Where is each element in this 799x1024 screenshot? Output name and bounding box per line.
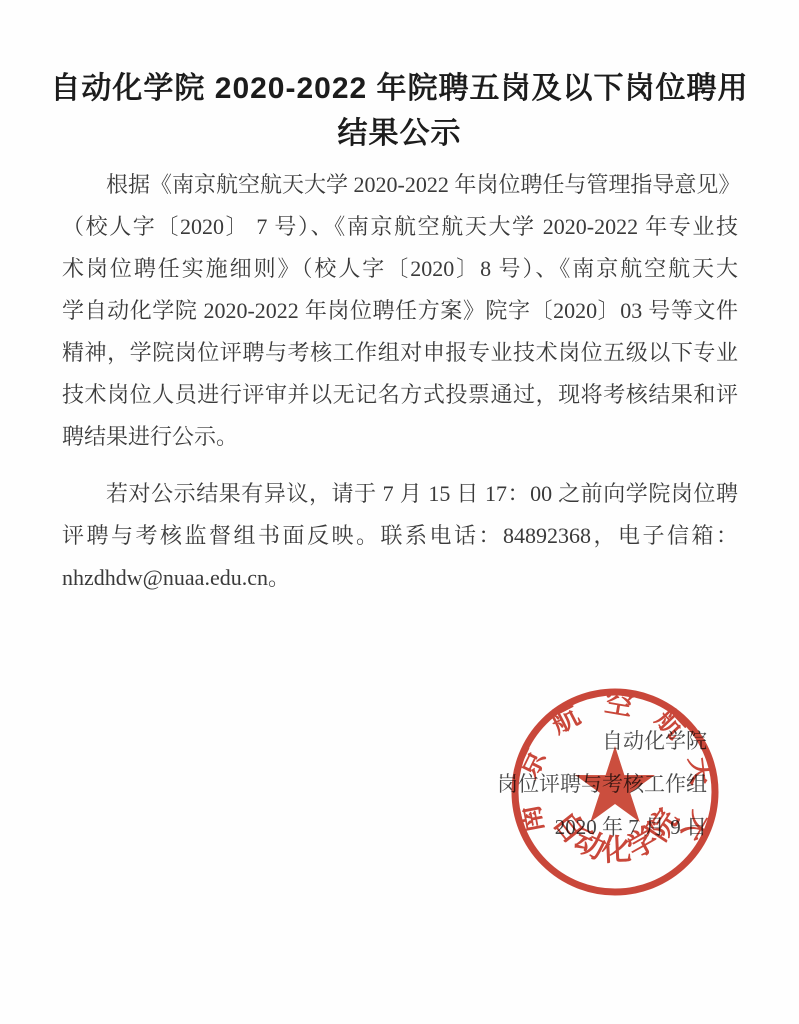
signature-org-line-1: 自动化学院	[497, 720, 707, 763]
body-line: 若对公示结果有异议，请于 7 月 15 日 17：00 之前向学院岗位聘	[62, 473, 738, 515]
paragraph-basis: 根据《南京航空航天大学 2020-2022 年岗位聘任与管理指导意见》 （校人字…	[62, 164, 738, 458]
body-line: 精神，学院岗位评聘与考核工作组对申报专业技术岗位五级以下专业	[62, 332, 738, 374]
contact-email-line: nhzdhdw@nuaa.edu.cn。	[62, 557, 738, 599]
title-line-2: 结果公示	[0, 111, 799, 156]
paragraph-objection: 若对公示结果有异议，请于 7 月 15 日 17：00 之前向学院岗位聘 评聘与…	[62, 473, 738, 599]
signature-org-line-2: 岗位评聘与考核工作组	[497, 763, 707, 806]
body-line: 根据《南京航空航天大学 2020-2022 年岗位聘任与管理指导意见》	[62, 164, 738, 206]
signature-date: 2020 年 7 月 9 日	[497, 806, 707, 849]
body-line: 学自动化学院 2020-2022 年岗位聘任方案》院字〔2020〕03 号等文件	[62, 290, 738, 332]
document-page: 自动化学院 2020-2022 年院聘五岗及以下岗位聘用 结果公示 根据《南京航…	[0, 0, 799, 1024]
body-line: 评聘与考核监督组书面反映。联系电话：84892368，电子信箱：	[62, 515, 738, 557]
document-title: 自动化学院 2020-2022 年院聘五岗及以下岗位聘用 结果公示	[0, 66, 799, 156]
body-line: 技术岗位人员进行评审并以无记名方式投票通过，现将考核结果和评	[62, 374, 738, 416]
body-line: 术岗位聘任实施细则》（校人字〔2020〕8 号）、《南京航空航天大	[62, 248, 738, 290]
title-line-1: 自动化学院 2020-2022 年院聘五岗及以下岗位聘用	[0, 66, 799, 111]
body-line: （校人字〔2020〕 7 号）、《南京航空航天大学 2020-2022 年专业技	[62, 206, 738, 248]
signature-block: 自动化学院 岗位评聘与考核工作组 2020 年 7 月 9 日	[497, 720, 707, 849]
body-line: 聘结果进行公示。	[62, 416, 738, 458]
